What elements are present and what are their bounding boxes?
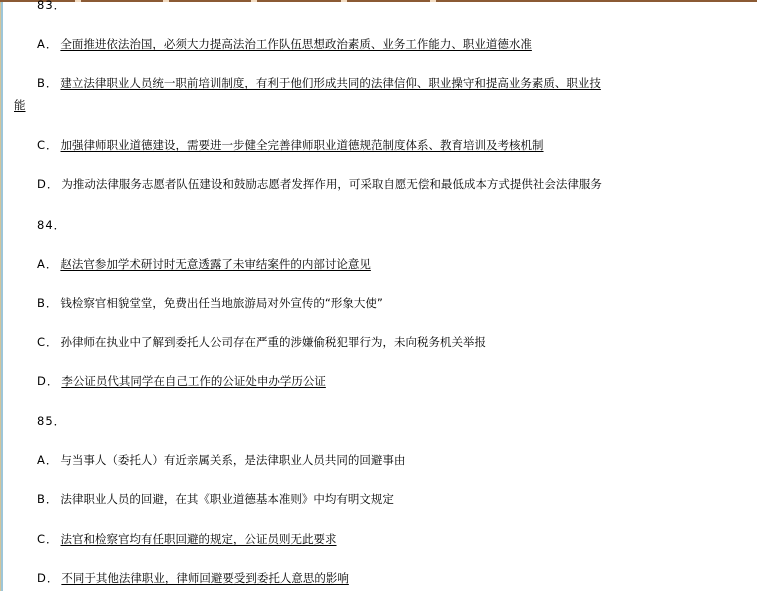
option-text: 全面推进依法治国，必须大力提高法治工作队伍思想政治素质、业务工作能力、职业道德水… [60, 37, 532, 51]
option-text: 加强律师职业道德建设，需要进一步健全完善律师职业道德规范制度体系、教育培训及考核… [61, 138, 544, 152]
border-gap [163, 0, 169, 2]
option-83-a[interactable]: A．全面推进依法治国，必须大力提高法治工作队伍思想政治素质、业务工作能力、职业道… [37, 37, 532, 51]
border-gap [75, 0, 81, 2]
option-85-d[interactable]: D．不同于其他法律职业，律师回避要受到委托人意思的影响 [37, 571, 349, 585]
option-text: 孙律师在执业中了解到委托人公司存在严重的涉嫌偷税犯罪行为，未向税务机关举报 [61, 335, 487, 349]
option-text: 不同于其他法律职业，律师回避要受到委托人意思的影响 [61, 571, 349, 585]
option-84-b[interactable]: B．钱检察官相貌堂堂，免费出任当地旅游局对外宣传的“形象大使” [37, 296, 383, 310]
option-label: C． [37, 532, 59, 546]
option-84-a[interactable]: A．赵法官参加学术研讨时无意透露了未审结案件的内部讨论意见 [37, 257, 371, 271]
option-text: 为推动法律服务志愿者队伍建设和鼓励志愿者发挥作用，可采取自愿无偿和最低成本方式提… [61, 177, 602, 191]
option-85-c[interactable]: C．法官和检察官均有任职回避的规定，公证员则无此要求 [37, 532, 337, 546]
option-label: A． [37, 453, 58, 467]
option-label: D． [37, 571, 59, 585]
left-border [0, 2, 3, 591]
option-text: 李公证员代其同学在自己工作的公证处申办学历公证 [61, 374, 326, 388]
border-gap [430, 0, 436, 2]
option-85-a[interactable]: A．与当事人（委托人）有近亲属关系，是法律职业人员共同的回避事由 [37, 453, 405, 467]
top-border [0, 0, 757, 2]
option-83-d[interactable]: D．为推动法律服务志愿者队伍建设和鼓励志愿者发挥作用，可采取自愿无偿和最低成本方… [37, 177, 602, 191]
border-gap [251, 0, 257, 2]
option-text: 赵法官参加学术研讨时无意透露了未审结案件的内部讨论意见 [60, 257, 371, 271]
option-text: 钱检察官相貌堂堂，免费出任当地旅游局对外宣传的“形象大使” [60, 296, 382, 310]
question-number-85: 85． [37, 414, 66, 428]
option-label: B． [37, 296, 58, 310]
option-label: B． [37, 492, 58, 506]
option-label: D． [37, 177, 59, 191]
option-83-b[interactable]: B．建立法律职业人员统一职前培训制度，有利于他们形成共同的法律信仰、职业操守和提… [37, 76, 601, 90]
option-84-d[interactable]: D．李公证员代其同学在自己工作的公证处申办学历公证 [37, 374, 326, 388]
option-label: C． [37, 138, 59, 152]
option-label: A． [37, 37, 58, 51]
option-text: 建立法律职业人员统一职前培训制度，有利于他们形成共同的法律信仰、职业操守和提高业… [60, 76, 601, 90]
option-83-b-wrap: 能 [14, 98, 26, 112]
option-label: D． [37, 374, 59, 388]
option-83-c[interactable]: C．加强律师职业道德建设，需要进一步健全完善律师职业道德规范制度体系、教育培训及… [37, 138, 544, 152]
option-85-b[interactable]: B．法律职业人员的回避，在其《职业道德基本准则》中均有明文规定 [37, 492, 394, 506]
option-text: 法官和检察官均有任职回避的规定，公证员则无此要求 [61, 532, 337, 546]
option-label: B． [37, 76, 58, 90]
option-text: 法律职业人员的回避，在其《职业道德基本准则》中均有明文规定 [60, 492, 394, 506]
question-number-84: 84． [37, 218, 66, 232]
option-label: C． [37, 335, 59, 349]
option-84-c[interactable]: C．孙律师在执业中了解到委托人公司存在严重的涉嫌偷税犯罪行为，未向税务机关举报 [37, 335, 486, 349]
border-gap [341, 0, 347, 2]
option-label: A． [37, 257, 58, 271]
option-text: 与当事人（委托人）有近亲属关系，是法律职业人员共同的回避事由 [60, 453, 405, 467]
question-number-83: 83． [37, 0, 66, 12]
